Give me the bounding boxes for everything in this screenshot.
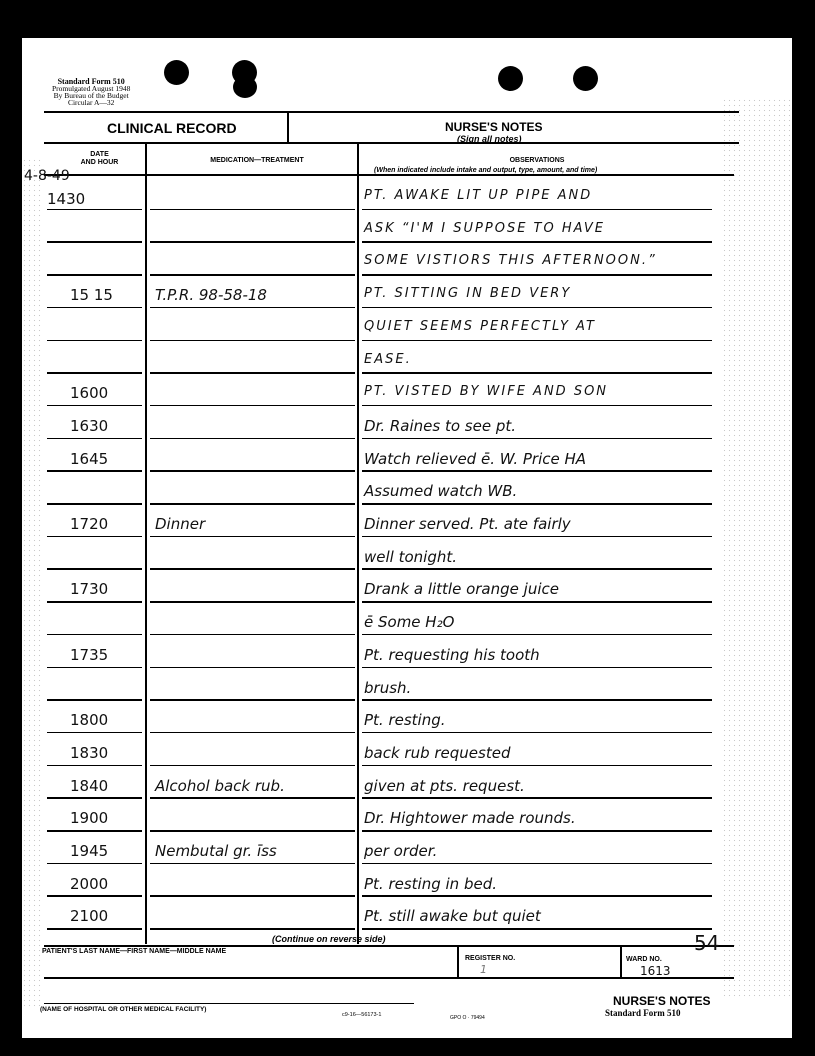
row-rule xyxy=(150,209,355,211)
hospital-rule xyxy=(44,1003,414,1004)
row-rule xyxy=(150,601,355,603)
row-rule xyxy=(150,732,355,734)
row-rule xyxy=(362,307,712,309)
row-time: 1720 xyxy=(70,515,108,533)
row-observation: Pt. requesting his tooth xyxy=(364,646,540,664)
row-rule xyxy=(150,405,355,407)
form-id-block: Standard Form 510 Promulgated August 194… xyxy=(52,78,130,106)
row-rule xyxy=(150,503,355,505)
row-time: 1735 xyxy=(70,646,108,664)
print-code: c9-16—56173-1 xyxy=(342,1012,381,1018)
gpo-code: GPO O · 79494 xyxy=(450,1015,485,1021)
register-label: REGISTER NO. xyxy=(465,955,515,962)
row-medication: Nembutal gr. īss xyxy=(155,842,277,860)
row-rule xyxy=(47,797,142,799)
row-rule xyxy=(47,372,142,374)
sign-all-notes: (Sign all notes) xyxy=(457,134,522,144)
ward-divider xyxy=(620,947,622,977)
record-date: 4-8-49 xyxy=(24,168,70,184)
row-rule xyxy=(362,405,712,407)
row-observation: Dr. Hightower made rounds. xyxy=(364,809,576,827)
scan-noise xyxy=(22,158,42,1008)
row-rule xyxy=(150,568,355,570)
row-time: 1730 xyxy=(70,580,108,598)
row-rule xyxy=(47,241,142,243)
row-rule xyxy=(362,634,712,636)
row-rule xyxy=(362,863,712,865)
row-time: 1630 xyxy=(70,417,108,435)
footer-rule xyxy=(44,945,734,947)
nurses-notes-form: Standard Form 510 Promulgated August 194… xyxy=(22,38,792,1038)
patient-name-label: PATIENT'S LAST NAME—FIRST NAME—MIDDLE NA… xyxy=(42,948,226,955)
row-observation: back rub requested xyxy=(364,744,510,762)
observations-header: OBSERVATIONS xyxy=(367,157,707,165)
row-rule xyxy=(150,536,355,538)
row-rule xyxy=(47,928,142,930)
row-rule xyxy=(47,405,142,407)
date-header-line1: DATE xyxy=(52,151,147,159)
row-rule xyxy=(362,568,712,570)
row-time: 1645 xyxy=(70,450,108,468)
row-rule xyxy=(362,928,712,930)
row-rule xyxy=(47,536,142,538)
row-rule xyxy=(150,928,355,930)
row-observation: brush. xyxy=(364,679,411,697)
scan-noise xyxy=(722,98,792,998)
row-medication: Alcohol back rub. xyxy=(155,777,285,795)
row-observation: Dr. Raines to see pt. xyxy=(364,417,516,435)
patient-name-rule xyxy=(44,977,734,979)
row-time: 1600 xyxy=(70,384,108,402)
punch-hole xyxy=(233,76,257,98)
row-observation: given at pts. request. xyxy=(364,777,525,795)
medication-treatment-header: MEDICATION—TREATMENT xyxy=(152,157,362,165)
row-observation: Pt. resting in bed. xyxy=(364,875,497,893)
row-rule xyxy=(47,830,142,832)
row-rule xyxy=(47,470,142,472)
row-rule xyxy=(362,209,712,211)
punch-hole xyxy=(498,66,523,91)
row-rule xyxy=(47,863,142,865)
ward-label: WARD NO. xyxy=(626,956,662,963)
row-time: 1900 xyxy=(70,809,108,827)
row-rule xyxy=(150,895,355,897)
row-rule xyxy=(362,503,712,505)
hospital-label: (NAME OF HOSPITAL OR OTHER MEDICAL FACIL… xyxy=(40,1006,206,1013)
footer-form-title: NURSE'S NOTES xyxy=(613,994,711,1008)
row-time: 2100 xyxy=(70,907,108,925)
header-divider xyxy=(287,113,289,143)
row-rule xyxy=(47,209,142,211)
register-value: 1 xyxy=(480,963,487,976)
row-observation: Pt. resting. xyxy=(364,711,446,729)
row-rule xyxy=(362,765,712,767)
row-rule xyxy=(150,372,355,374)
header-underline xyxy=(44,174,734,176)
row-time: 1430 xyxy=(47,190,85,208)
row-rule xyxy=(362,241,712,243)
row-rule xyxy=(150,438,355,440)
row-rule xyxy=(47,307,142,309)
column-divider xyxy=(357,144,359,944)
row-rule xyxy=(362,274,712,276)
form-circular: Circular A—32 xyxy=(52,99,130,106)
row-time: 15 15 xyxy=(70,286,113,304)
row-observation: Watch relieved ē. W. Price HA xyxy=(364,450,586,468)
row-rule xyxy=(362,470,712,472)
register-divider xyxy=(457,947,459,977)
row-rule xyxy=(47,634,142,636)
row-rule xyxy=(362,667,712,669)
row-observation: Dinner served. Pt. ate fairly xyxy=(364,515,571,533)
row-observation: Assumed watch WB. xyxy=(364,482,517,500)
row-rule xyxy=(362,372,712,374)
row-time: 1945 xyxy=(70,842,108,860)
row-observation: Drank a little orange juice xyxy=(364,580,559,598)
row-rule xyxy=(47,438,142,440)
page-number: 54 xyxy=(694,931,719,955)
row-rule xyxy=(47,667,142,669)
header-top-rule xyxy=(44,111,739,113)
row-rule xyxy=(150,470,355,472)
row-observation: PT. SITTING IN BED VERY xyxy=(364,286,571,301)
row-rule xyxy=(150,241,355,243)
continue-note: (Continue on reverse side) xyxy=(272,934,386,944)
header-bottom-rule xyxy=(44,142,739,144)
row-rule xyxy=(362,438,712,440)
row-medication: Dinner xyxy=(155,515,205,533)
row-rule xyxy=(362,895,712,897)
row-rule xyxy=(150,765,355,767)
row-rule xyxy=(47,699,142,701)
row-rule xyxy=(47,568,142,570)
row-rule xyxy=(47,895,142,897)
row-rule xyxy=(362,830,712,832)
date-hour-header: DATE AND HOUR xyxy=(52,151,147,167)
row-observation: ē Some H₂O xyxy=(364,613,454,631)
observations-subheader: (When indicated include intake and outpu… xyxy=(374,167,597,174)
column-divider xyxy=(145,144,147,944)
row-observation: Pt. still awake but quiet xyxy=(364,907,541,925)
punch-hole xyxy=(573,66,598,91)
row-rule xyxy=(362,536,712,538)
row-rule xyxy=(150,307,355,309)
ward-value: 1613 xyxy=(640,964,671,978)
row-rule xyxy=(150,863,355,865)
row-rule xyxy=(362,732,712,734)
punch-hole xyxy=(164,60,189,85)
row-rule xyxy=(47,503,142,505)
row-rule xyxy=(362,601,712,603)
row-observation: per order. xyxy=(364,842,437,860)
row-time: 1840 xyxy=(70,777,108,795)
row-medication: T.P.R. 98-58-18 xyxy=(155,286,267,304)
row-observation: ASK “I'M I SUPPOSE TO HAVE xyxy=(364,221,605,236)
row-rule xyxy=(150,699,355,701)
row-observation: PT. VISTED BY WIFE AND SON xyxy=(364,384,608,399)
row-observation: EASE. xyxy=(364,352,412,367)
row-rule xyxy=(150,797,355,799)
row-time: 1800 xyxy=(70,711,108,729)
footer-form-number: Standard Form 510 xyxy=(605,1008,681,1018)
row-time: 2000 xyxy=(70,875,108,893)
row-rule xyxy=(47,274,142,276)
row-rule xyxy=(150,667,355,669)
row-rule xyxy=(362,340,712,342)
row-rule xyxy=(47,340,142,342)
nurses-notes-title: NURSE'S NOTES xyxy=(445,120,543,134)
row-rule xyxy=(47,601,142,603)
row-observation: SOME VISTIORS THIS AFTERNOON.” xyxy=(364,253,657,268)
row-rule xyxy=(150,830,355,832)
row-rule xyxy=(47,732,142,734)
row-time: 1830 xyxy=(70,744,108,762)
row-rule xyxy=(150,340,355,342)
row-rule xyxy=(150,274,355,276)
row-observation: PT. AWAKE LIT UP PIPE AND xyxy=(364,188,592,203)
row-observation: QUIET SEEMS PERFECTLY AT xyxy=(364,319,596,334)
row-rule xyxy=(47,765,142,767)
date-header-line2: AND HOUR xyxy=(52,159,147,167)
row-rule xyxy=(150,634,355,636)
row-rule xyxy=(362,699,712,701)
row-rule xyxy=(362,797,712,799)
clinical-record-title: CLINICAL RECORD xyxy=(107,120,237,136)
row-observation: well tonight. xyxy=(364,548,457,566)
